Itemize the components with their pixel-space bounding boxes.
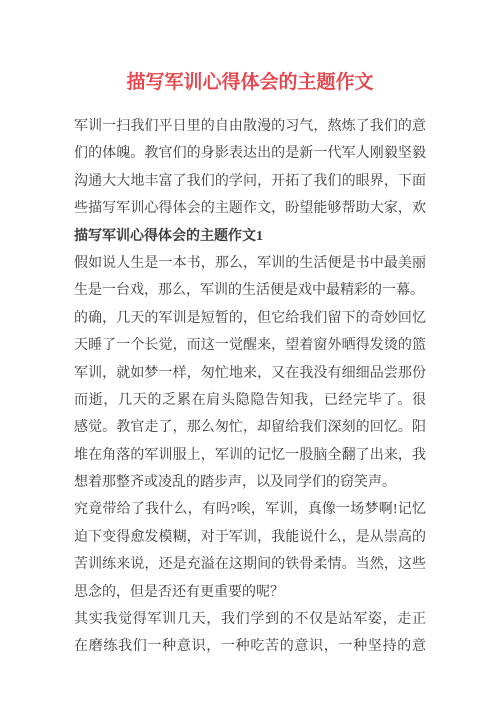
paragraph-line: 假如说人生是一本书，那么，军训的生活便是书中最美丽的彩页;假如说人 <box>74 250 426 277</box>
paragraph-line: 军训，就如梦一样，匆忙地来，又在我没有细细品尝那份感觉的时候悄然 <box>74 360 426 387</box>
paragraph-line: 的确，几天的军训是短暂的，但它给我们留下的奇妙回忆却是永恒的。几 <box>74 305 426 332</box>
paragraph-line: 究竟带给了我什么，有吗?唉，军训，真像一场梦啊!记忆已经在乏累的压 <box>74 496 426 523</box>
paragraph-line: 其实我觉得军训几天，我们学到的不仅是站军姿，走正步，练队形。而是 <box>74 606 426 633</box>
paragraph-line: 而逝，几天的乏累在肩头隐隐告知我，已经完毕了。很累，而且有酸酸的 <box>74 387 426 414</box>
document-page: 描写军训心得体会的主题作文 军训一扫我们平日里的自由散漫的习气，熬炼了我们的意志… <box>0 0 500 707</box>
paragraph-line: 苦训练来说，还是充溢在这期间的铁骨柔情。当然，这些都是值得回忆和 <box>74 551 426 578</box>
paragraph-line: 些描写军训心得体会的主题作文，盼望能够帮助大家，欢送阅读！ <box>74 195 426 222</box>
paragraph-line: 生是一台戏，那么，军训的生活便是戏中最精彩的一幕。 <box>74 277 426 304</box>
document-title: 描写军训心得体会的主题作文 <box>0 0 500 96</box>
paragraph-line: 感觉。教官走了，那么匆忙，却留给我们深刻的回忆。阳光照进来，落在 <box>74 414 426 441</box>
paragraph-line: 在磨练我们一种意识，一种吃苦的意识，一种坚持的意识，一种团结的意 <box>74 633 426 660</box>
paragraph-line: 沟通大大地丰富了我们的学问，开拓了我们的眼界，下面我给大家共享一 <box>74 168 426 195</box>
paragraph-line: 军训一扫我们平日里的自由散漫的习气，熬炼了我们的意志，又强壮了我 <box>74 113 426 140</box>
paragraph-line: 堆在角落的军训服上，军训的记忆一股脑全翻了出来，我在呆呆地想着， <box>74 442 426 469</box>
paragraph-line: 天睡了一个长觉，而这一觉醒来，望着窗外晒得发烫的篮球场，突然觉得, <box>74 332 426 359</box>
paragraph-line: 迫下变得愈发模糊，对于军训，我能说什么，是从崇高的为保卫祖国而刻 <box>74 524 426 551</box>
paragraph-line: 们的体魄。教官们的身影表达出的是新一代军人刚毅坚毅的风貌,与他们的 <box>74 140 426 167</box>
section-heading: 描写军训心得体会的主题作文1 <box>74 223 426 250</box>
paragraph-line: 想着那整齐或凌乱的踏步声，以及同学们的窃笑声。 <box>74 469 426 496</box>
paragraph-line: 思念的，但是否还有更重要的呢？ <box>74 579 426 606</box>
document-body: 军训一扫我们平日里的自由散漫的习气，熬炼了我们的意志，又强壮了我们的体魄。教官们… <box>74 113 426 661</box>
